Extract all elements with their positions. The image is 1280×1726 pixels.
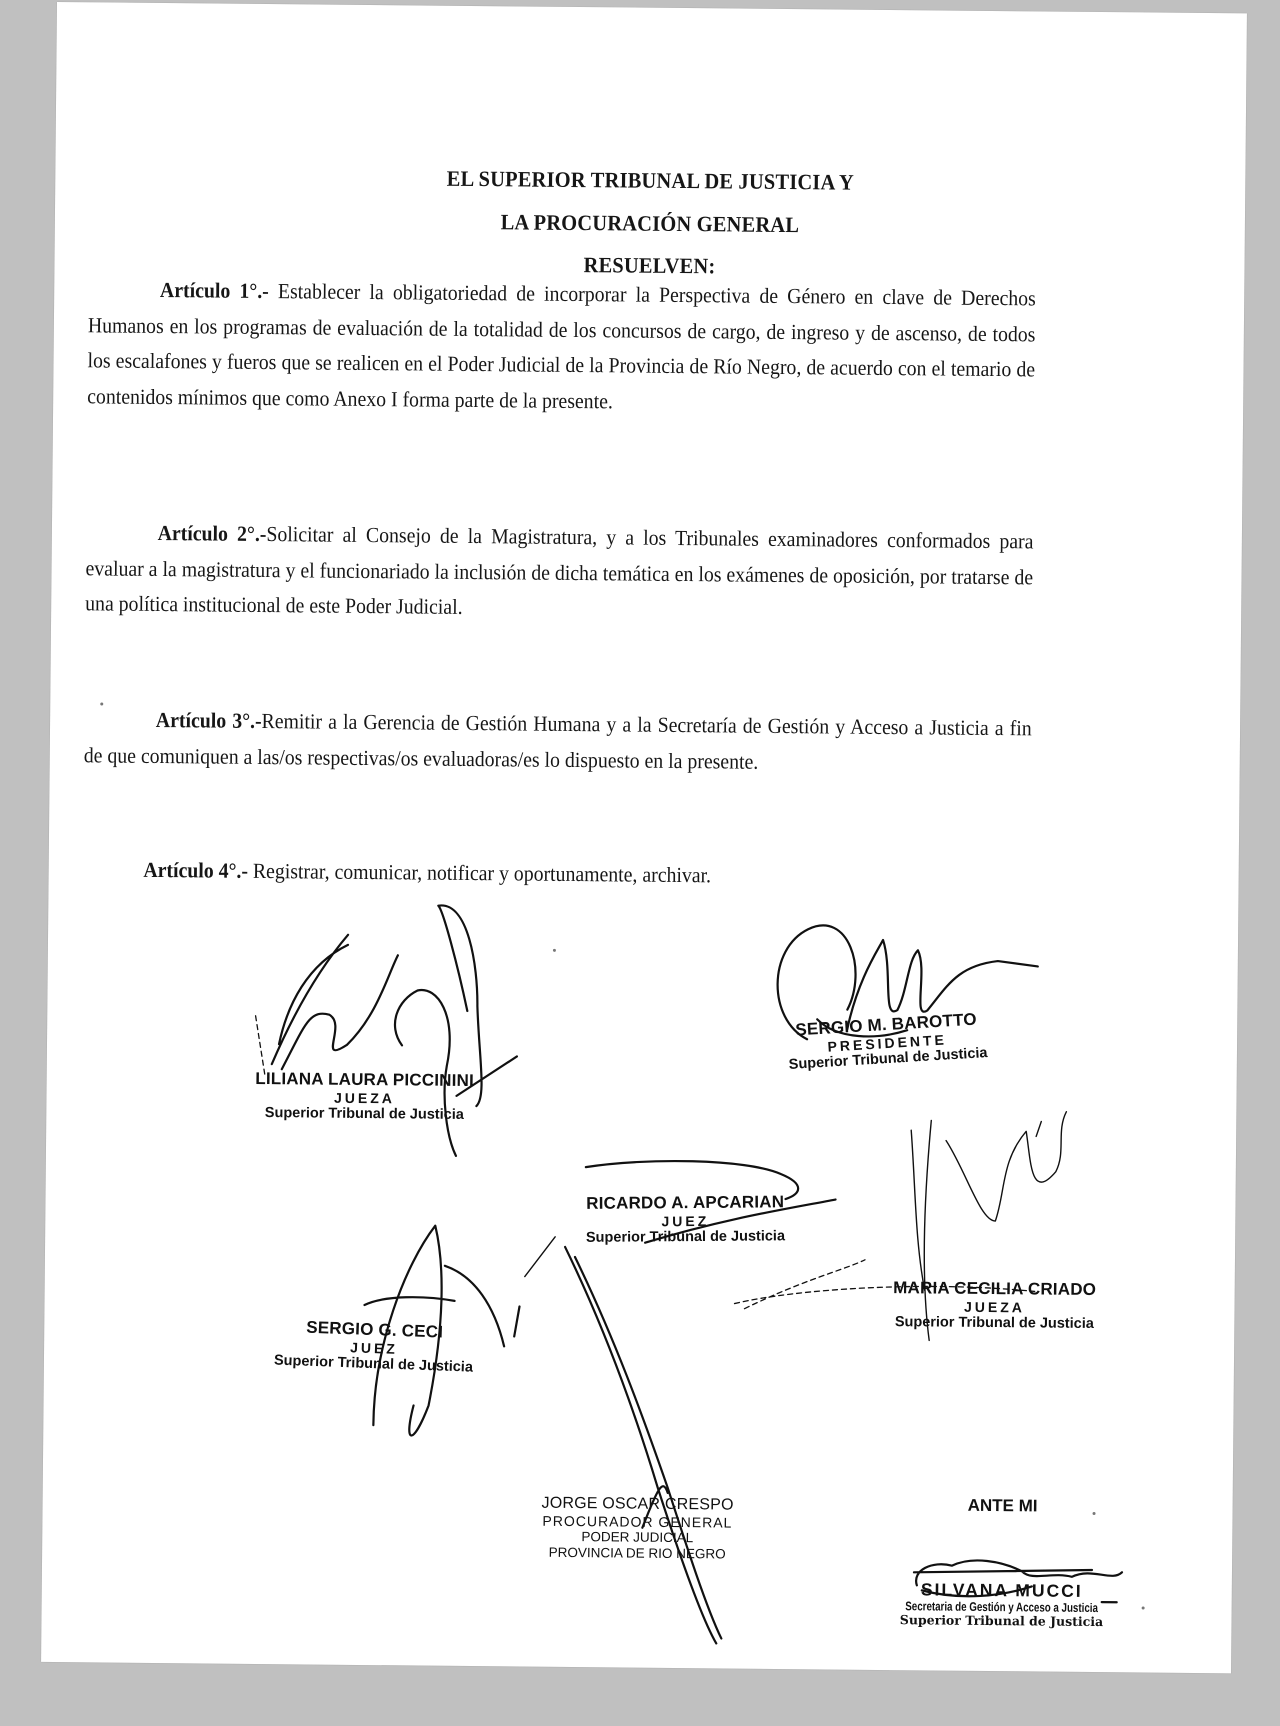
signature-stamp-ceci: SERGIO G. CECI JUEZ Superior Tribunal de…: [243, 1315, 505, 1377]
article-4-lead: Artículo 4°.-: [143, 858, 248, 883]
signatory-org-1: Secretaria de Gestión y Acceso a Justici…: [892, 1599, 1111, 1615]
signatory-name: RICARDO A. APCARIAN: [565, 1192, 805, 1213]
signatory-org: Superior Tribunal de Justicia: [854, 1313, 1134, 1332]
signatory-name: MARIA CECILIA CRIADO: [855, 1278, 1135, 1300]
signatory-name: LILIANA LAURA PICCININI: [235, 1069, 495, 1091]
scan-speck: [553, 949, 556, 952]
signatory-role: JUEZ: [565, 1212, 805, 1230]
signature-stamp-mucci: ANTE MI SILVANA MUCCI Secretaria de Gest…: [861, 1495, 1142, 1630]
signature-stamp-criado: MARIA CECILIA CRIADO JUEZA Superior Trib…: [854, 1278, 1134, 1333]
ante-mi-label: ANTE MI: [863, 1495, 1143, 1517]
signatory-org-2: PROVINCIA DE RIO NEGRO: [502, 1544, 772, 1562]
heading-line-1: EL SUPERIOR TRIBUNAL DE JUSTICIA Y: [97, 162, 1204, 199]
article-2-lead: Artículo 2°.-: [158, 521, 267, 546]
signature-crespo-icon: [561, 1247, 725, 1644]
scan-speck: [1093, 1512, 1096, 1515]
signature-stamp-apcarian: RICARDO A. APCARIAN JUEZ Superior Tribun…: [565, 1192, 805, 1246]
article-2: Artículo 2°.-Solicitar al Consejo de la …: [85, 515, 1034, 631]
signatory-role: PROCURADOR GENERAL: [502, 1513, 772, 1532]
signatory-org: Superior Tribunal de Justicia: [234, 1104, 494, 1123]
signatory-org-2: Superior Tribunal de Justicia: [861, 1613, 1141, 1630]
article-3: Artículo 3°.-Remitir a la Gerencia de Ge…: [84, 702, 1032, 782]
article-1: Artículo 1°.- Establecer la obligatoried…: [87, 272, 1036, 423]
scan-speck: [1142, 1606, 1145, 1609]
article-4-text: Registrar, comunicar, notificar y oportu…: [248, 859, 711, 887]
signature-stamp-piccinini: LILIANA LAURA PICCININI JUEZA Superior T…: [234, 1069, 494, 1124]
heading-line-2: LA PROCURACIÓN GENERAL: [96, 205, 1203, 242]
article-3-lead: Artículo 3°.-: [156, 708, 262, 733]
scanned-document-page: EL SUPERIOR TRIBUNAL DE JUSTICIA Y LA PR…: [41, 2, 1247, 1673]
signature-stamp-crespo: JORGE OSCAR CRESPO PROCURADOR GENERAL PO…: [502, 1494, 773, 1562]
signature-stamp-barotto: SERGIO M. BAROTTO PRESIDENTE Superior Tr…: [746, 1007, 1029, 1076]
article-4: Artículo 4°.- Registrar, comunicar, noti…: [82, 852, 1030, 897]
scan-speck: [100, 702, 103, 705]
signatory-name: SILVANA MUCCI: [862, 1578, 1142, 1601]
article-1-lead: Artículo 1°.-: [160, 278, 269, 303]
signatory-org: Superior Tribunal de Justicia: [565, 1228, 805, 1247]
